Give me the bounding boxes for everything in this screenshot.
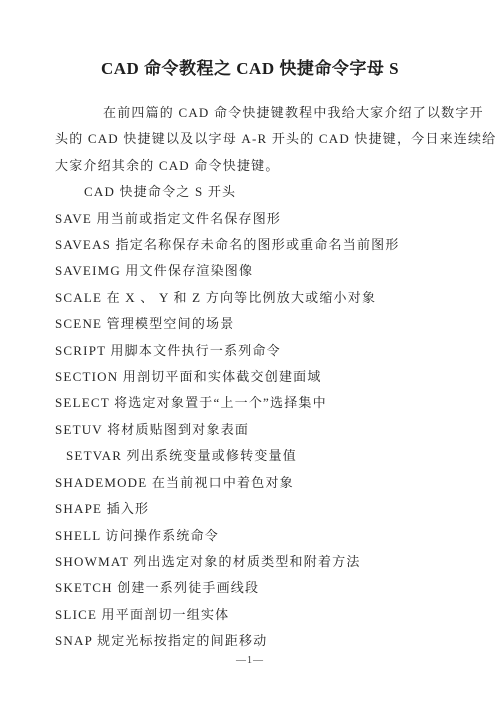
text-line: SNAP 规定光标按指定的间距移动 — [55, 628, 450, 654]
document-body: 在前四篇的 CAD 命令快捷键教程中我给大家介绍了以数字开头的 CAD 快捷键以… — [55, 100, 450, 655]
text-line: SKETCH 创建一系列徒手画线段 — [55, 575, 450, 601]
page-number: —1— — [0, 655, 500, 666]
text-line: 在前四篇的 CAD 命令快捷键教程中我给大家介绍了以数字开 — [55, 100, 450, 126]
text-line: SLICE 用平面剖切一组实体 — [55, 602, 450, 628]
text-line: SHADEMODE 在当前视口中着色对象 — [55, 470, 450, 496]
text-line: CAD 快捷命令之 S 开头 — [55, 179, 450, 205]
text-line: SELECT 将选定对象置于“上一个”选择集中 — [55, 390, 450, 416]
text-line: SETVAR 列出系统变量或修转变量值 — [55, 443, 450, 469]
text-line: SETUV 将材质贴图到对象表面 — [55, 417, 450, 443]
text-line: SAVEIMG 用文件保存渲染图像 — [55, 258, 450, 284]
text-line: SHELL 访问操作系统命令 — [55, 523, 450, 549]
document-page: CAD 命令教程之 CAD 快捷命令字母 S 在前四篇的 CAD 命令快捷键教程… — [0, 0, 500, 707]
text-line: SCRIPT 用脚本文件执行一系列命令 — [55, 338, 450, 364]
text-line: 头的 CAD 快捷键以及以字母 A-R 开头的 CAD 快捷键，今日来连续给 — [55, 126, 450, 152]
text-line: SHOWMAT 列出选定对象的材质类型和附着方法 — [55, 549, 450, 575]
text-line: 大家介绍其余的 CAD 命令快捷键。 — [55, 153, 450, 179]
text-line: SCALE 在 X 、 Y 和 Z 方向等比例放大或缩小对象 — [55, 285, 450, 311]
text-line: SCENE 管理模型空间的场景 — [55, 311, 450, 337]
text-line: SAVEAS 指定名称保存未命名的图形或重命名当前图形 — [55, 232, 450, 258]
page-title: CAD 命令教程之 CAD 快捷命令字母 S — [0, 54, 500, 79]
text-line: SECTION 用剖切平面和实体截交创建面域 — [55, 364, 450, 390]
text-line: SAVE 用当前或指定文件名保存图形 — [55, 206, 450, 232]
text-line: SHAPE 插入形 — [55, 496, 450, 522]
